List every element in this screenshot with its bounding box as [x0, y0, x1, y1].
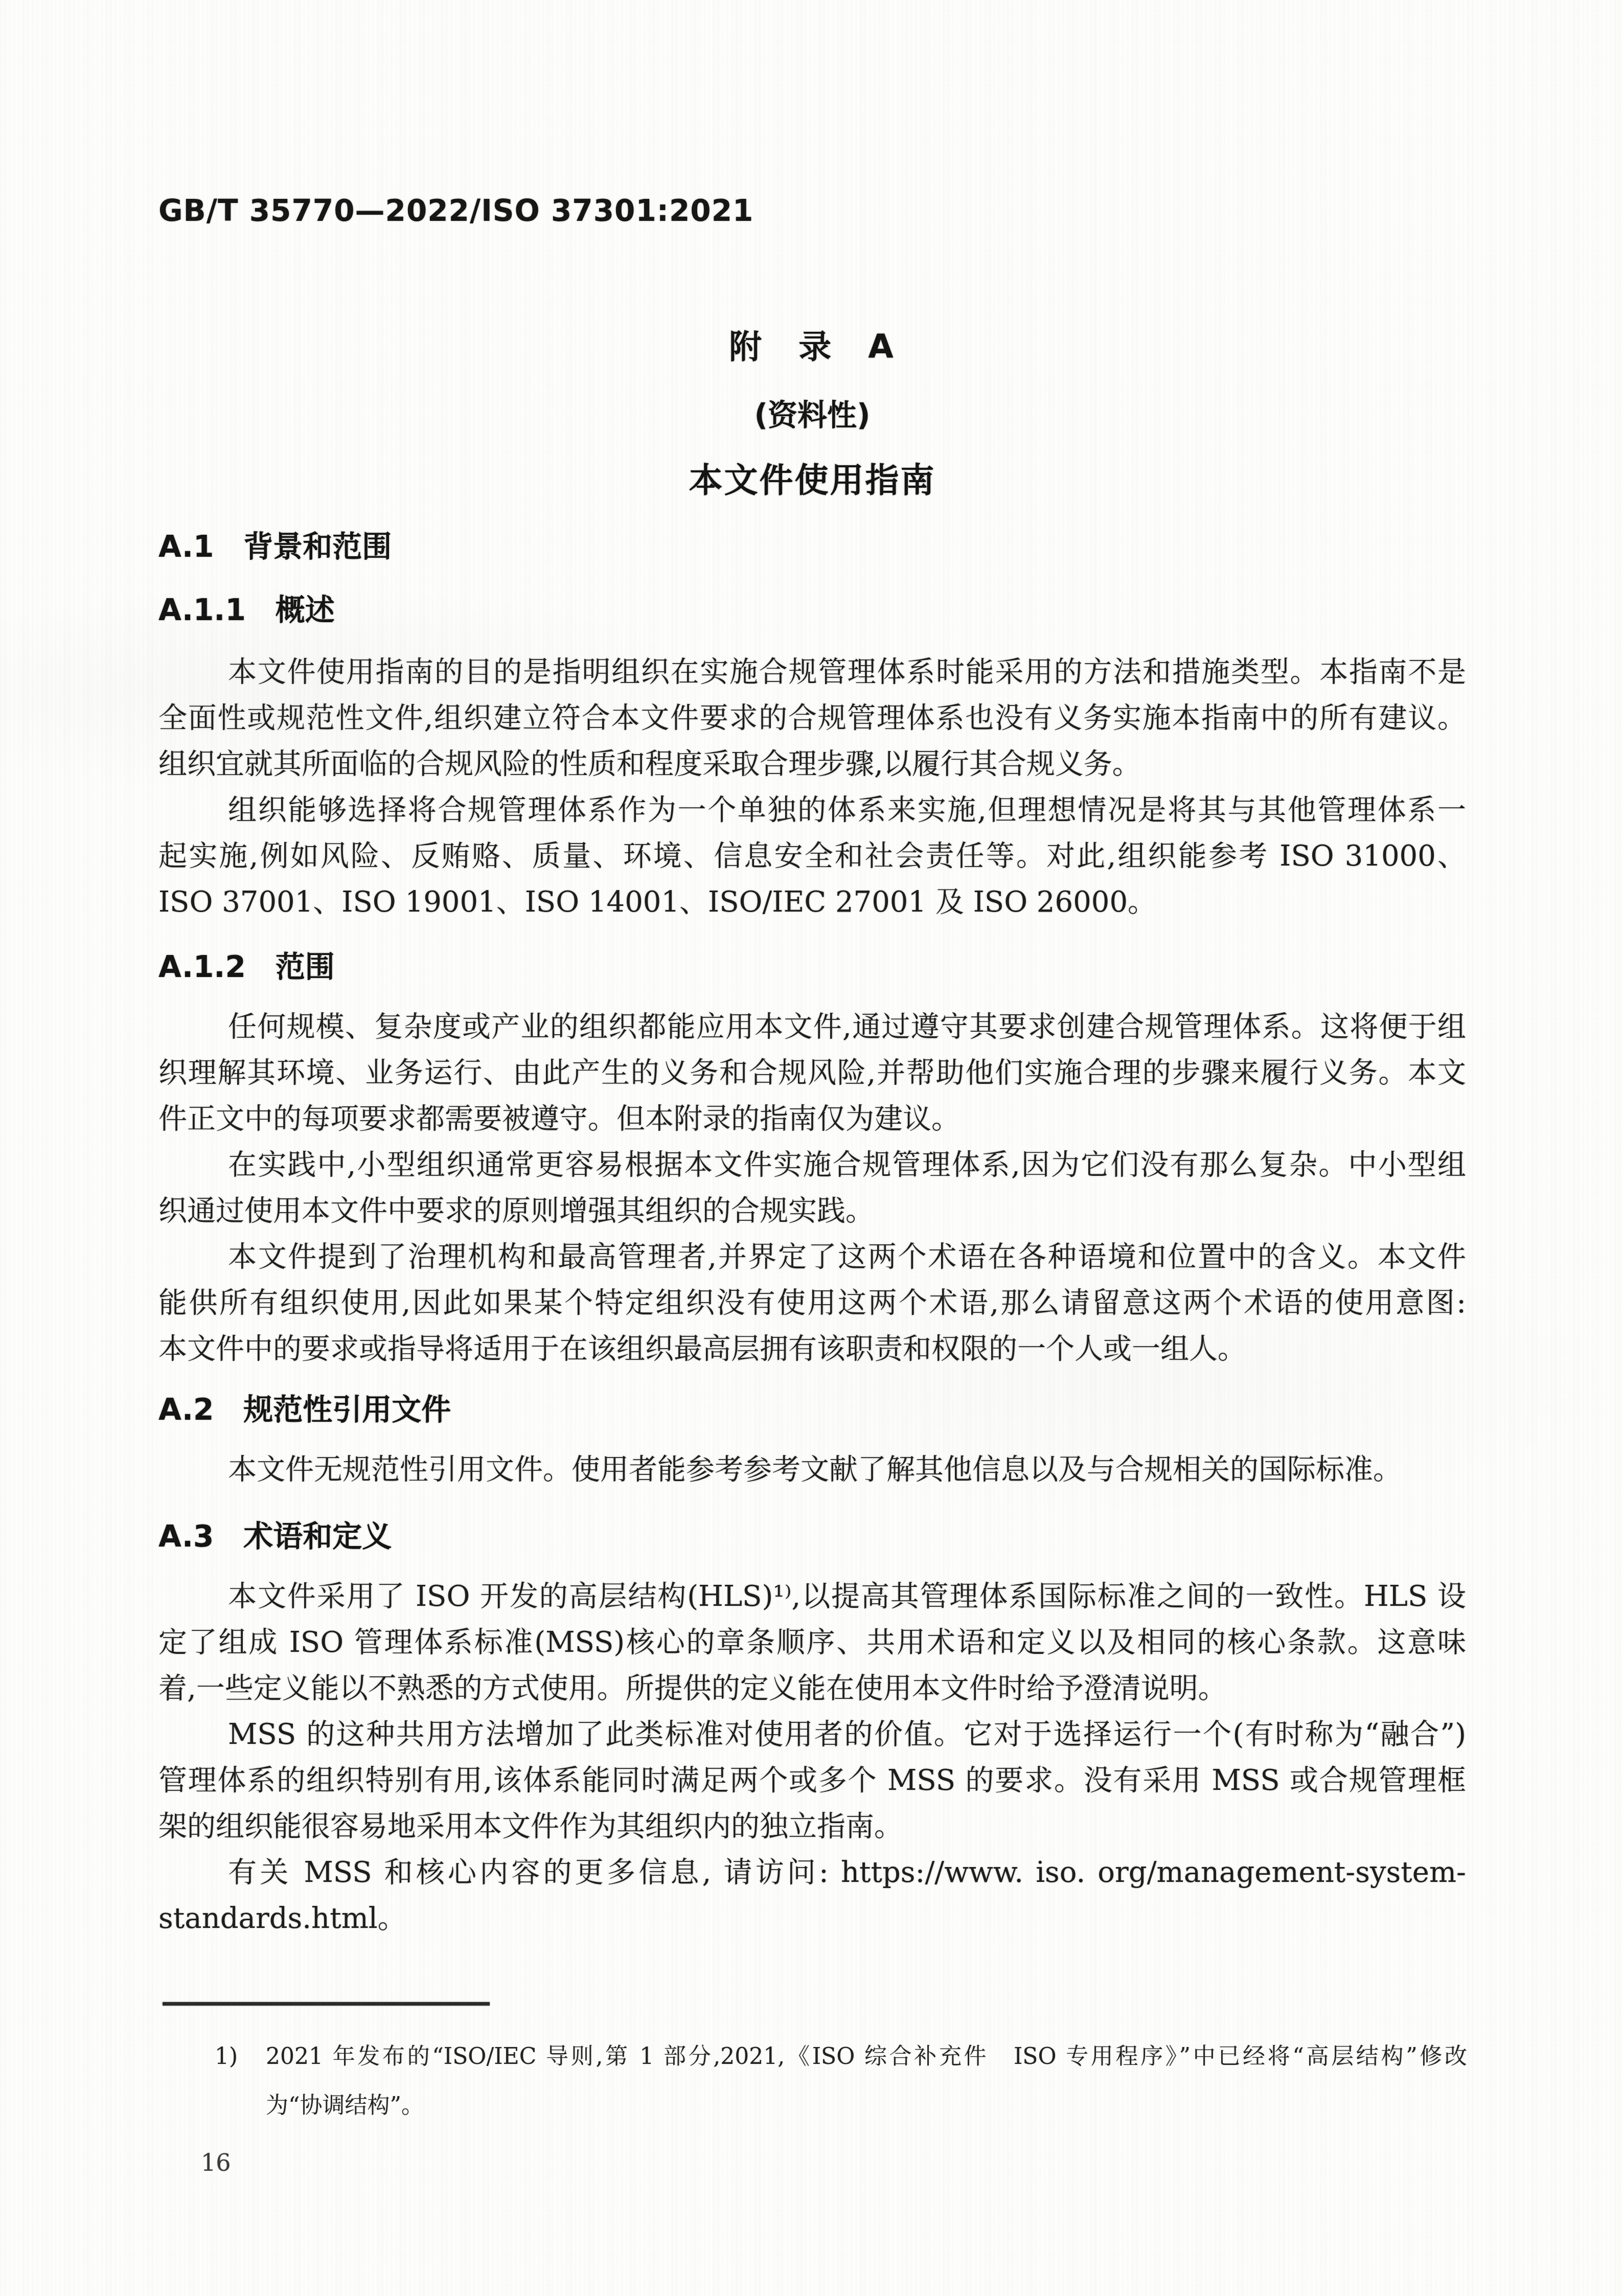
paragraph-line: 在实践中,小型组织通常更容易根据本文件实施合规管理体系,因为它们没有那么复杂。中…	[158, 1142, 1466, 1188]
page-number: 16	[201, 2149, 1623, 2176]
paragraph-line: 全面性或规范性文件,组织建立符合本文件要求的合规管理体系也没有义务实施本指南中的…	[158, 695, 1466, 741]
footnote-separator	[163, 2002, 490, 2006]
paragraph: 本文件无规范性引用文件。使用者能参考参考文献了解其他信息以及与合规相关的国际标准…	[158, 1447, 1466, 1493]
document-page: GB/T 35770—2022/ISO 37301:2021 附 录 A (资料…	[0, 0, 1623, 2296]
appendix-label: 附 录 A	[158, 329, 1466, 365]
paragraph-line: standards.html。	[158, 1896, 1466, 1942]
paragraph-line: 任何规模、复杂度或产业的组织都能应用本文件,通过遵守其要求创建合规管理体系。这将…	[158, 1004, 1466, 1050]
section-heading-a1: A.1 背景和范围	[158, 530, 1466, 563]
paragraph-line: 本文件中的要求或指导将适用于在该组织最高层拥有该职责和权限的一个人或一组人。	[158, 1326, 1466, 1372]
paragraph-line: 组织能够选择将合规管理体系作为一个单独的体系来实施,但理想情况是将其与其他管理体…	[158, 787, 1466, 833]
section-heading-a12: A.1.2 范围	[158, 950, 1466, 984]
paragraph: 本文件使用指南的目的是指明组织在实施合规管理体系时能采用的方法和措施类型。本指南…	[158, 649, 1466, 925]
paragraph-line: 织通过使用本文件中要求的原则增强其组织的合规实践。	[158, 1188, 1466, 1234]
footnote: 1) 2021 年发布的“ISO/IEC 导则,第 1 部分,2021,《ISO…	[158, 2032, 1467, 2130]
section-heading-a11: A.1.1 概述	[158, 593, 1466, 627]
paragraph-line: 有关 MSS 和核心内容的更多信息, 请访问: https://www. iso…	[158, 1850, 1466, 1896]
appendix-title-block: 附 录 A (资料性) 本文件使用指南	[158, 329, 1466, 499]
document-body: A.1 背景和范围 A.1.1 概述 本文件使用指南的目的是指明组织在实施合规管…	[158, 530, 1466, 1942]
footnote-marker: 1)	[215, 2032, 238, 2081]
paragraph-line: 件正文中的每项要求都需要被遵守。但本附录的指南仅为建议。	[158, 1096, 1466, 1142]
paragraph-line: 定了组成 ISO 管理体系标准(MSS)核心的章条顺序、共用术语和定义以及相同的…	[158, 1620, 1466, 1666]
section-heading-a2: A.2 规范性引用文件	[158, 1393, 1466, 1426]
appendix-title: 本文件使用指南	[158, 462, 1466, 499]
paragraph-line: 本文件无规范性引用文件。使用者能参考参考文献了解其他信息以及与合规相关的国际标准…	[158, 1447, 1466, 1493]
paragraph-line: 能供所有组织使用,因此如果某个特定组织没有使用这两个术语,那么请留意这两个术语的…	[158, 1280, 1466, 1326]
section-heading-a3: A.3 术语和定义	[158, 1519, 1466, 1553]
paragraph-line: 组织宜就其所面临的合规风险的性质和程度采取合理步骤,以履行其合规义务。	[158, 741, 1466, 787]
standard-number-header: GB/T 35770—2022/ISO 37301:2021	[158, 194, 1623, 227]
paragraph-line: 架的组织能很容易地采用本文件作为其组织内的独立指南。	[158, 1804, 1466, 1850]
paragraph-line: 着,一些定义能以不熟悉的方式使用。所提供的定义能在使用本文件时给予澄清说明。	[158, 1666, 1466, 1712]
paragraph-line: 本文件使用指南的目的是指明组织在实施合规管理体系时能采用的方法和措施类型。本指南…	[158, 649, 1466, 695]
footnote-line: 为“协调结构”。	[266, 2081, 1467, 2130]
paragraph-line: 本文件采用了 ISO 开发的高层结构(HLS)¹⁾,以提高其管理体系国际标准之间…	[158, 1574, 1466, 1620]
appendix-classification: (资料性)	[158, 399, 1466, 431]
paragraph-line: 本文件提到了治理机构和最高管理者,并界定了这两个术语在各种语境和位置中的含义。本…	[158, 1234, 1466, 1280]
paragraph-line: 织理解其环境、业务运行、由此产生的义务和合规风险,并帮助他们实施合理的步骤来履行…	[158, 1050, 1466, 1096]
paragraph-line: MSS 的这种共用方法增加了此类标准对使用者的价值。它对于选择运行一个(有时称为…	[158, 1712, 1466, 1758]
paragraph: 本文件采用了 ISO 开发的高层结构(HLS)¹⁾,以提高其管理体系国际标准之间…	[158, 1574, 1466, 1942]
footnote-line: 2021 年发布的“ISO/IEC 导则,第 1 部分,2021,《ISO 综合…	[266, 2032, 1467, 2081]
paragraph: 任何规模、复杂度或产业的组织都能应用本文件,通过遵守其要求创建合规管理体系。这将…	[158, 1004, 1466, 1372]
paragraph-line: 管理体系的组织特别有用,该体系能同时满足两个或多个 MSS 的要求。没有采用 M…	[158, 1758, 1466, 1804]
paragraph-line: ISO 37001、ISO 19001、ISO 14001、ISO/IEC 27…	[158, 879, 1466, 925]
paragraph-line: 起实施,例如风险、反贿赂、质量、环境、信息安全和社会责任等。对此,组织能参考 I…	[158, 833, 1466, 879]
